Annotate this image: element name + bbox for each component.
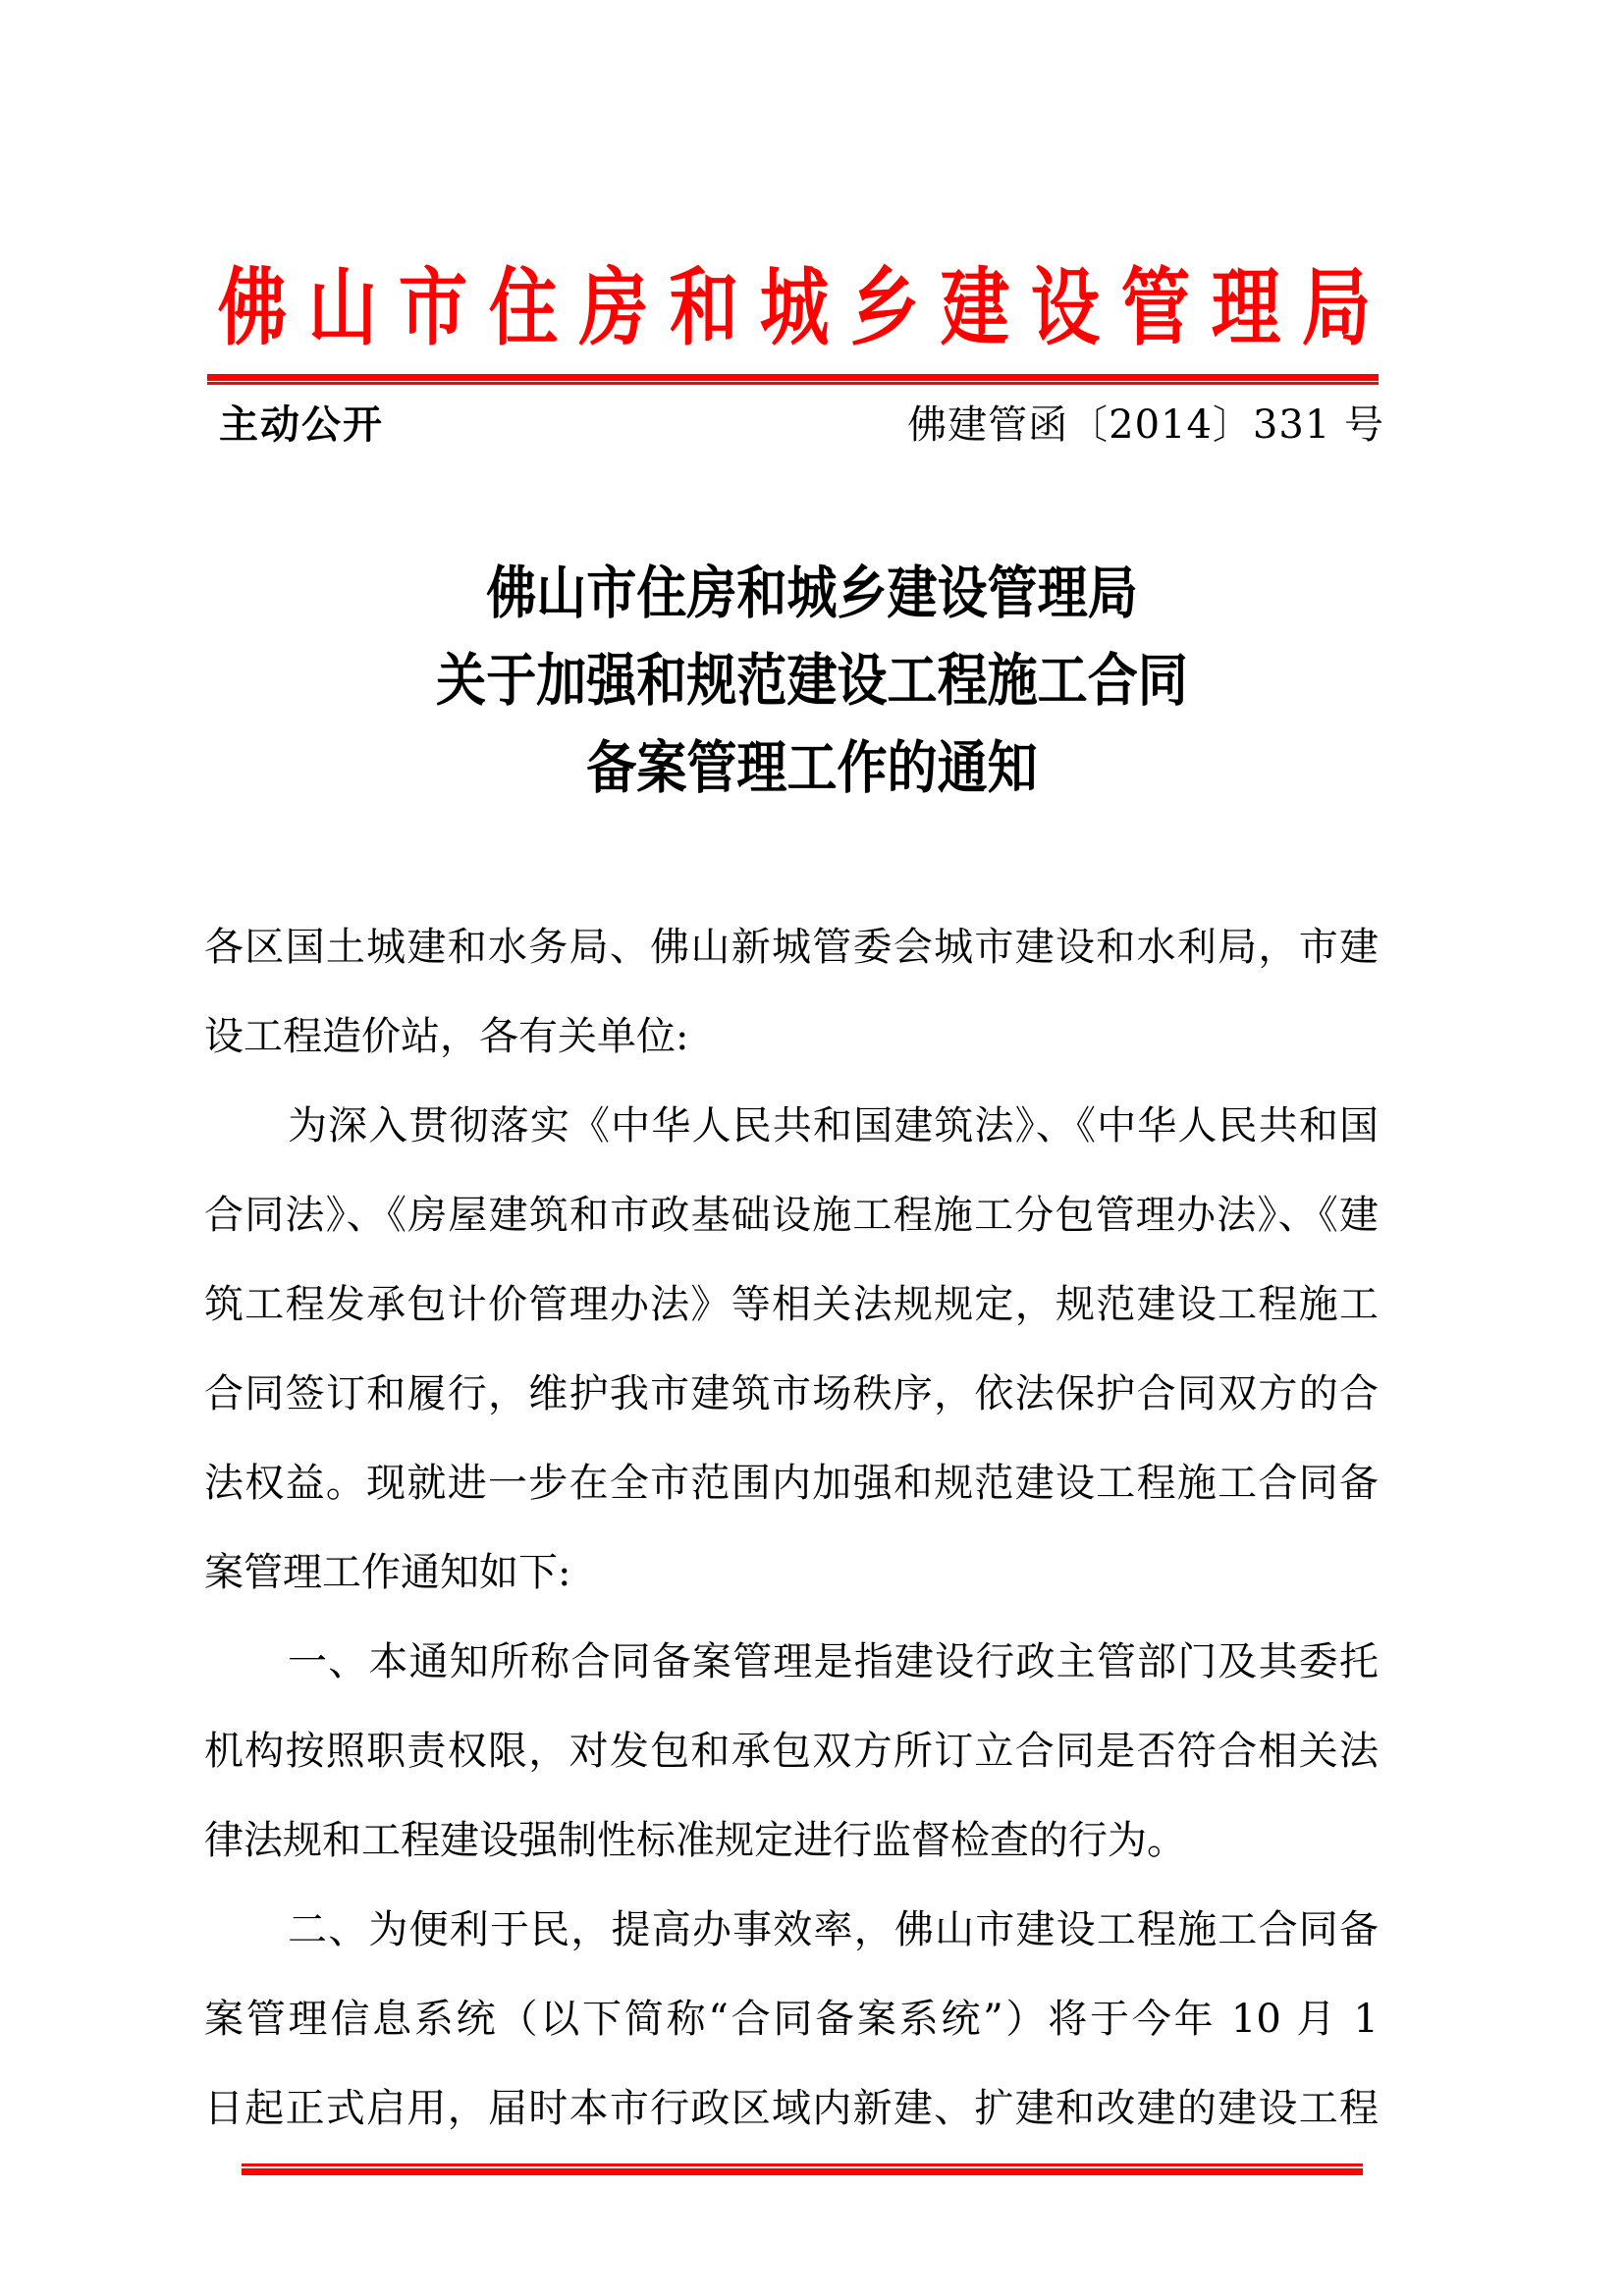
body-line: 日起正式启用，届时本市行政区域内新建、扩建和改建的建设工程 xyxy=(204,2064,1379,2154)
masthead-char: 市 xyxy=(399,257,468,359)
masthead-char: 建 xyxy=(941,257,1010,359)
agency-masthead: 佛 山 市 住 房 和 城 乡 建 设 管 理 局 xyxy=(210,257,1379,359)
masthead-char: 佛 xyxy=(218,257,288,359)
body-line: 二、为便利于民，提高办事效率，佛山市建设工程施工合同备 xyxy=(204,1886,1379,1975)
body-line: 各区国土城建和水务局、佛山新城管委会城市建设和水利局，市建 xyxy=(204,903,1379,992)
masthead-char: 城 xyxy=(760,257,830,359)
body-line: 案管理信息系统（以下简称“合同备案系统”）将于今年 10 月 1 xyxy=(204,1975,1379,2064)
disclosure-label: 主动公开 xyxy=(219,400,384,450)
masthead-char: 局 xyxy=(1302,257,1372,359)
header-rule-thick xyxy=(207,374,1379,381)
body-line: 案管理工作通知如下: xyxy=(204,1528,1379,1618)
masthead-char: 设 xyxy=(1031,257,1101,359)
body-line: 合同法》、《房屋建筑和市政基础设施工程施工分包管理办法》、《建 xyxy=(204,1171,1379,1260)
footer-rule-thick xyxy=(242,2168,1363,2175)
masthead-char: 管 xyxy=(1121,257,1191,359)
body-line: 合同签订和履行，维护我市建筑市场秩序，依法保护合同双方的合 xyxy=(204,1350,1379,1439)
document-number: 佛建管函〔2014〕331 号 xyxy=(907,400,1384,450)
body-line: 一、本通知所称合同备案管理是指建设行政主管部门及其委托 xyxy=(204,1618,1379,1707)
document-page: 佛 山 市 住 房 和 城 乡 建 设 管 理 局 主动公开 佛建管函〔2014… xyxy=(0,0,1624,2296)
body-line: 筑工程发承包计价管理办法》等相关法规规定，规范建设工程施工 xyxy=(204,1260,1379,1350)
masthead-char: 乡 xyxy=(850,257,920,359)
masthead-char: 理 xyxy=(1212,257,1281,359)
footer-rule-thin xyxy=(242,2163,1363,2166)
masthead-char: 和 xyxy=(670,257,739,359)
document-title: 佛山市住房和城乡建设管理局 关于加强和规范建设工程施工合同 备案管理工作的通知 xyxy=(0,550,1624,812)
body-line: 设工程造价站，各有关单位: xyxy=(204,992,1379,1082)
body-line: 律法规和工程建设强制性标准规定进行监督检查的行为。 xyxy=(204,1796,1379,1886)
title-line: 佛山市住房和城乡建设管理局 xyxy=(97,550,1527,637)
masthead-char: 山 xyxy=(308,257,378,359)
masthead-char: 房 xyxy=(579,257,649,359)
masthead-char: 住 xyxy=(489,257,559,359)
body-line: 法权益。现就进一步在全市范围内加强和规范建设工程施工合同备 xyxy=(204,1439,1379,1528)
title-line: 备案管理工作的通知 xyxy=(97,724,1527,812)
header-rule-thin xyxy=(207,382,1379,385)
body-line: 机构按照职责权限，对发包和承包双方所订立合同是否符合相关法 xyxy=(204,1707,1379,1796)
body-line: 为深入贯彻落实《中华人民共和国建筑法》、《中华人民共和国 xyxy=(204,1082,1379,1171)
title-line: 关于加强和规范建设工程施工合同 xyxy=(97,637,1527,724)
document-body: 各区国土城建和水务局、佛山新城管委会城市建设和水利局，市建 设工程造价站，各有关… xyxy=(204,903,1379,2154)
